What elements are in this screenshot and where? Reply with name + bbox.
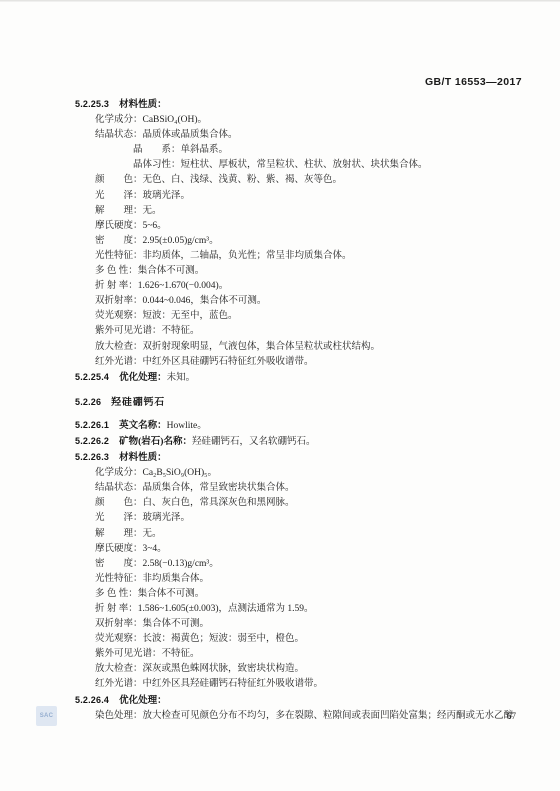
document-line: 结晶状态：晶质体或晶质集合体。 [95,128,534,143]
line-text: 染色处理：放大检查可见颜色分布不均匀，多在裂隙、粒隙间或表面凹陷处富集；经丙酮或… [95,711,513,721]
line-text: 双折射率：0.044~0.046，集合体不可测。 [95,296,266,306]
line-text: 化学成分：CaBSiO₄(OH)。 [95,115,207,125]
document-line: 红外光谱：中红外区具硅硼钙石特征红外吸收谱带。 [95,355,534,370]
document-line: 摩氏硬度：3~4。 [95,542,534,557]
line-text: 密 度：2.58(−0.13)g/cm³。 [95,559,219,569]
document-line: 光 泽：玻璃光泽。 [95,189,534,204]
document-line: 颜 色：白、灰白色，常具深灰色和黑网脉。 [95,496,534,511]
line-text: 摩氏硬度：5~6。 [95,221,167,231]
line-text: 放大检查：双折射现象明显，气液包体，集合体呈粒状或柱状结构。 [95,342,380,352]
line-text: 光性特征：非均质集合体。 [95,574,209,584]
document-line: 解 理：无。 [95,204,534,219]
document-line: 荧光观察：短波：无至中，蓝色。 [95,309,534,324]
document-line: 化学成分：CaBSiO₄(OH)。 [95,113,534,128]
line-text: 晶 系：单斜晶系。 [133,145,228,155]
line-text: 光 泽：玻璃光泽。 [95,513,190,523]
line-text: 折 射 率：1.626~1.670(−0.004)。 [95,281,228,291]
line-text: 羟硅硼钙石，又名软硼钙石。 [192,437,316,447]
document-line: 5.2.25.4优化处理：未知。 [75,370,534,386]
line-text: 颜 色：无色、白、浅绿、浅黄、粉、紫、褐、灰等色。 [95,175,342,185]
scan-top-edge [0,0,560,2]
line-text: 密 度：2.95(±0.05)g/cm³。 [95,236,219,246]
clause-label: 英文名称： [119,421,167,431]
document-line: 晶 系：单斜晶系。 [133,143,534,158]
watermark-stamp: SAC [36,706,57,726]
document-line: 光性特征：非均质集合体。 [95,572,534,587]
document-line: 晶体习性：短柱状、厚板状，常呈粒状、柱状、放射状、块状集合体。 [133,158,534,173]
clause-number: 5.2.26 [75,397,101,407]
clause-label: 羟硅硼钙石 [111,397,165,408]
line-text: 解 理：无。 [95,529,162,539]
document-line: 密 度：2.58(−0.13)g/cm³。 [95,557,534,572]
line-text: 荧光观察：短波：无至中，蓝色。 [95,311,238,321]
document-line: 染色处理：放大检查可见颜色分布不均匀，多在裂隙、粒隙间或表面凹陷处富集；经丙酮或… [95,709,534,724]
line-text: 光性特征：非均质体，二轴晶，负光性；常呈非均质集合体。 [95,251,352,261]
clause-number: 5.2.26.4 [75,695,109,705]
clause-number: 5.2.26.1 [75,420,109,430]
clause-label: 矿物(岩石)名称： [119,437,192,447]
document-line: 放大检查：深灰或黑色蛛网状脉，致密块状构造。 [95,662,534,677]
document-line: 折 射 率：1.626~1.670(−0.004)。 [95,279,534,294]
line-text: 颜 色：白、灰白色，常具深灰色和黑网脉。 [95,498,295,508]
document-line: 双折射率：0.044~0.046，集合体不可测。 [95,294,534,309]
document-line: 5.2.26.2矿物(岩石)名称：羟硅硼钙石，又名软硼钙石。 [75,434,534,450]
clause-label: 材料性质： [119,453,167,463]
document-page: GB/T 16553—2017 5.2.25.3材料性质：化学成分：CaBSiO… [0,0,560,791]
line-text: 折 射 率：1.586~1.605(±0.003)，点测法通常为 1.59。 [95,604,314,614]
document-line: 荧光观察：长波：褐黄色；短波：弱至中，橙色。 [95,632,534,647]
line-text: 红外光谱：中红外区具羟硅硼钙石特征红外吸收谱带。 [95,679,323,689]
document-line: 紫外可见光谱：不特征。 [95,647,534,662]
page-number: 67 [507,711,516,721]
line-text: 紫外可见光谱：不特征。 [95,649,200,659]
document-line: 折 射 率：1.586~1.605(±0.003)，点测法通常为 1.59。 [95,602,534,617]
line-text: Howlite。 [167,421,207,431]
clause-label: 优化处理： [119,696,167,706]
document-line: 化学成分：Ca₂B₅SiO₉(OH)₅。 [95,466,534,481]
clause-number: 5.2.25.4 [75,372,109,382]
line-text: 荧光观察：长波：褐黄色；短波：弱至中，橙色。 [95,634,304,644]
line-text: 结晶状态：晶质体或晶质集合体。 [95,130,238,140]
document-content: 5.2.25.3材料性质：化学成分：CaBSiO₄(OH)。结晶状态：晶质体或晶… [75,97,534,724]
document-line: 放大检查：双折射现象明显，气液包体，集合体呈粒状或柱状结构。 [95,340,534,355]
clause-number: 5.2.26.2 [75,436,109,446]
line-text: 解 理：无。 [95,206,162,216]
section-heading: 5.2.26羟硅硼钙石 [75,395,534,411]
line-text: 晶体习性：短柱状、厚板状，常呈粒状、柱状、放射状、块状集合体。 [133,160,428,170]
standard-number: GB/T 16553—2017 [425,76,522,88]
line-text: 光 泽：玻璃光泽。 [95,191,190,201]
document-line: 5.2.26.4优化处理： [75,693,534,709]
clause-number: 5.2.26.3 [75,452,109,462]
line-text: 结晶状态：晶质集合体，常呈致密块状集合体。 [95,483,295,493]
line-text: 紫外可见光谱：不特征。 [95,326,200,336]
document-line: 红外光谱：中红外区具羟硅硼钙石特征红外吸收谱带。 [95,677,534,692]
document-line: 多 色 性：集合体不可测。 [95,264,534,279]
line-text: 红外光谱：中红外区具硅硼钙石特征红外吸收谱带。 [95,357,314,367]
document-line: 光性特征：非均质体，二轴晶，负光性；常呈非均质集合体。 [95,249,534,264]
document-line: 光 泽：玻璃光泽。 [95,511,534,526]
clause-number: 5.2.25.3 [75,99,109,109]
document-line: 5.2.26.1英文名称：Howlite。 [75,418,534,434]
line-text: 多 色 性：集合体不可测。 [95,589,204,599]
document-line: 颜 色：无色、白、浅绿、浅黄、粉、紫、褐、灰等色。 [95,173,534,188]
clause-label: 优化处理： [119,373,167,383]
line-text: 双折射率：集合体不可测。 [95,619,209,629]
document-line: 密 度：2.95(±0.05)g/cm³。 [95,234,534,249]
document-line: 解 理：无。 [95,527,534,542]
line-text: 未知。 [167,373,196,383]
document-line: 5.2.26.3材料性质： [75,450,534,466]
document-line: 紫外可见光谱：不特征。 [95,324,534,339]
document-line: 5.2.25.3材料性质： [75,97,534,113]
line-text: 多 色 性：集合体不可测。 [95,266,204,276]
document-line: 双折射率：集合体不可测。 [95,617,534,632]
document-line: 摩氏硬度：5~6。 [95,219,534,234]
line-text: 放大检查：深灰或黑色蛛网状脉，致密块状构造。 [95,664,304,674]
document-line: 结晶状态：晶质集合体，常呈致密块状集合体。 [95,481,534,496]
line-text: 摩氏硬度：3~4。 [95,544,167,554]
document-line: 多 色 性：集合体不可测。 [95,587,534,602]
line-text: 化学成分：Ca₂B₅SiO₉(OH)₅。 [95,468,217,478]
clause-label: 材料性质： [119,100,167,110]
